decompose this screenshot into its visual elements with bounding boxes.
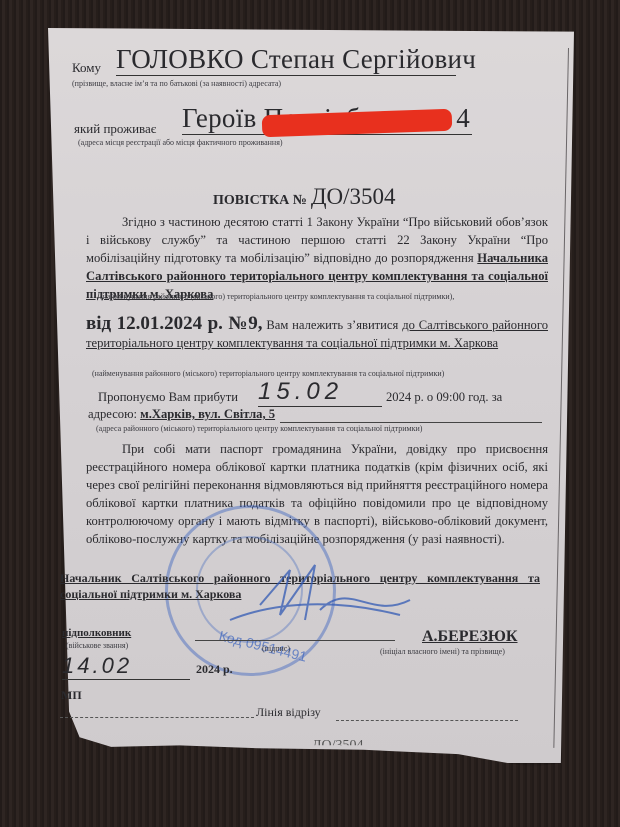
order-reference: від 12.01.2024 р. №9, xyxy=(86,313,262,334)
order-text: Вам належить з’явитися xyxy=(266,318,398,332)
appointment-address-hint: (адреса районного (міського) територіаль… xyxy=(96,424,422,433)
page-title: ПОВІСТКА № ДО/3504 xyxy=(213,184,396,210)
sign-hint: (підпис) xyxy=(262,644,290,653)
cut-line-left xyxy=(60,717,254,718)
signature-year: 2024 р. xyxy=(196,662,233,677)
cut-line-right xyxy=(336,720,518,721)
appointment-address-value: м.Харків, вул. Світла, 5 xyxy=(140,407,275,421)
appointment-date: 15.02 xyxy=(258,378,382,407)
order-paragraph: від 12.01.2024 р. №9, Вам належить з’яви… xyxy=(86,315,548,352)
signatory-rank: підполковник xyxy=(62,627,131,639)
appointment-year-time: 2024 р. о 09:00 год. за xyxy=(386,388,502,406)
recipient-label: Кому xyxy=(72,60,101,76)
authority-hint: (найменування районного (міського) терит… xyxy=(100,292,454,301)
residence-label: який проживає xyxy=(74,121,156,137)
summons-number: ДО/3504 xyxy=(311,184,396,209)
cut-line-label: Лінія відрізу xyxy=(256,705,321,720)
address-trailing: 4 xyxy=(456,103,470,134)
signer-hint: (ініціал власного імені) та прізвище) xyxy=(380,647,505,656)
required-documents: При собі мати паспорт громадянина Україн… xyxy=(86,440,548,548)
address-label: адресою: xyxy=(88,407,137,421)
recipient-name: ГОЛОВКО Степан Сергійович xyxy=(116,44,456,76)
signature-line xyxy=(195,640,395,641)
residence-hint: (адреса місця реєстрації або місця факти… xyxy=(78,138,283,147)
destination-hint: (найменування районного (міського) терит… xyxy=(92,369,444,378)
handwritten-signature xyxy=(220,560,420,640)
signature-date: 14.02 xyxy=(62,653,190,680)
address-line xyxy=(280,422,542,423)
seal-placeholder: МП xyxy=(61,688,82,703)
signer-name: А.БЕРЕЗЮК xyxy=(422,628,518,646)
title-prefix: ПОВІСТКА № xyxy=(213,193,307,208)
appointment-intro: Пропонуємо Вам прибути xyxy=(98,388,238,406)
legal-basis: Згідно з частиною десятою статті 1 Закон… xyxy=(86,213,548,303)
rank-hint: (військове звання) xyxy=(66,641,128,650)
appointment-address: адресою: м.Харків, вул. Світла, 5 xyxy=(88,405,275,423)
recipient-hint: (прізвище, власне ім’я та по батькові (з… xyxy=(72,79,281,88)
